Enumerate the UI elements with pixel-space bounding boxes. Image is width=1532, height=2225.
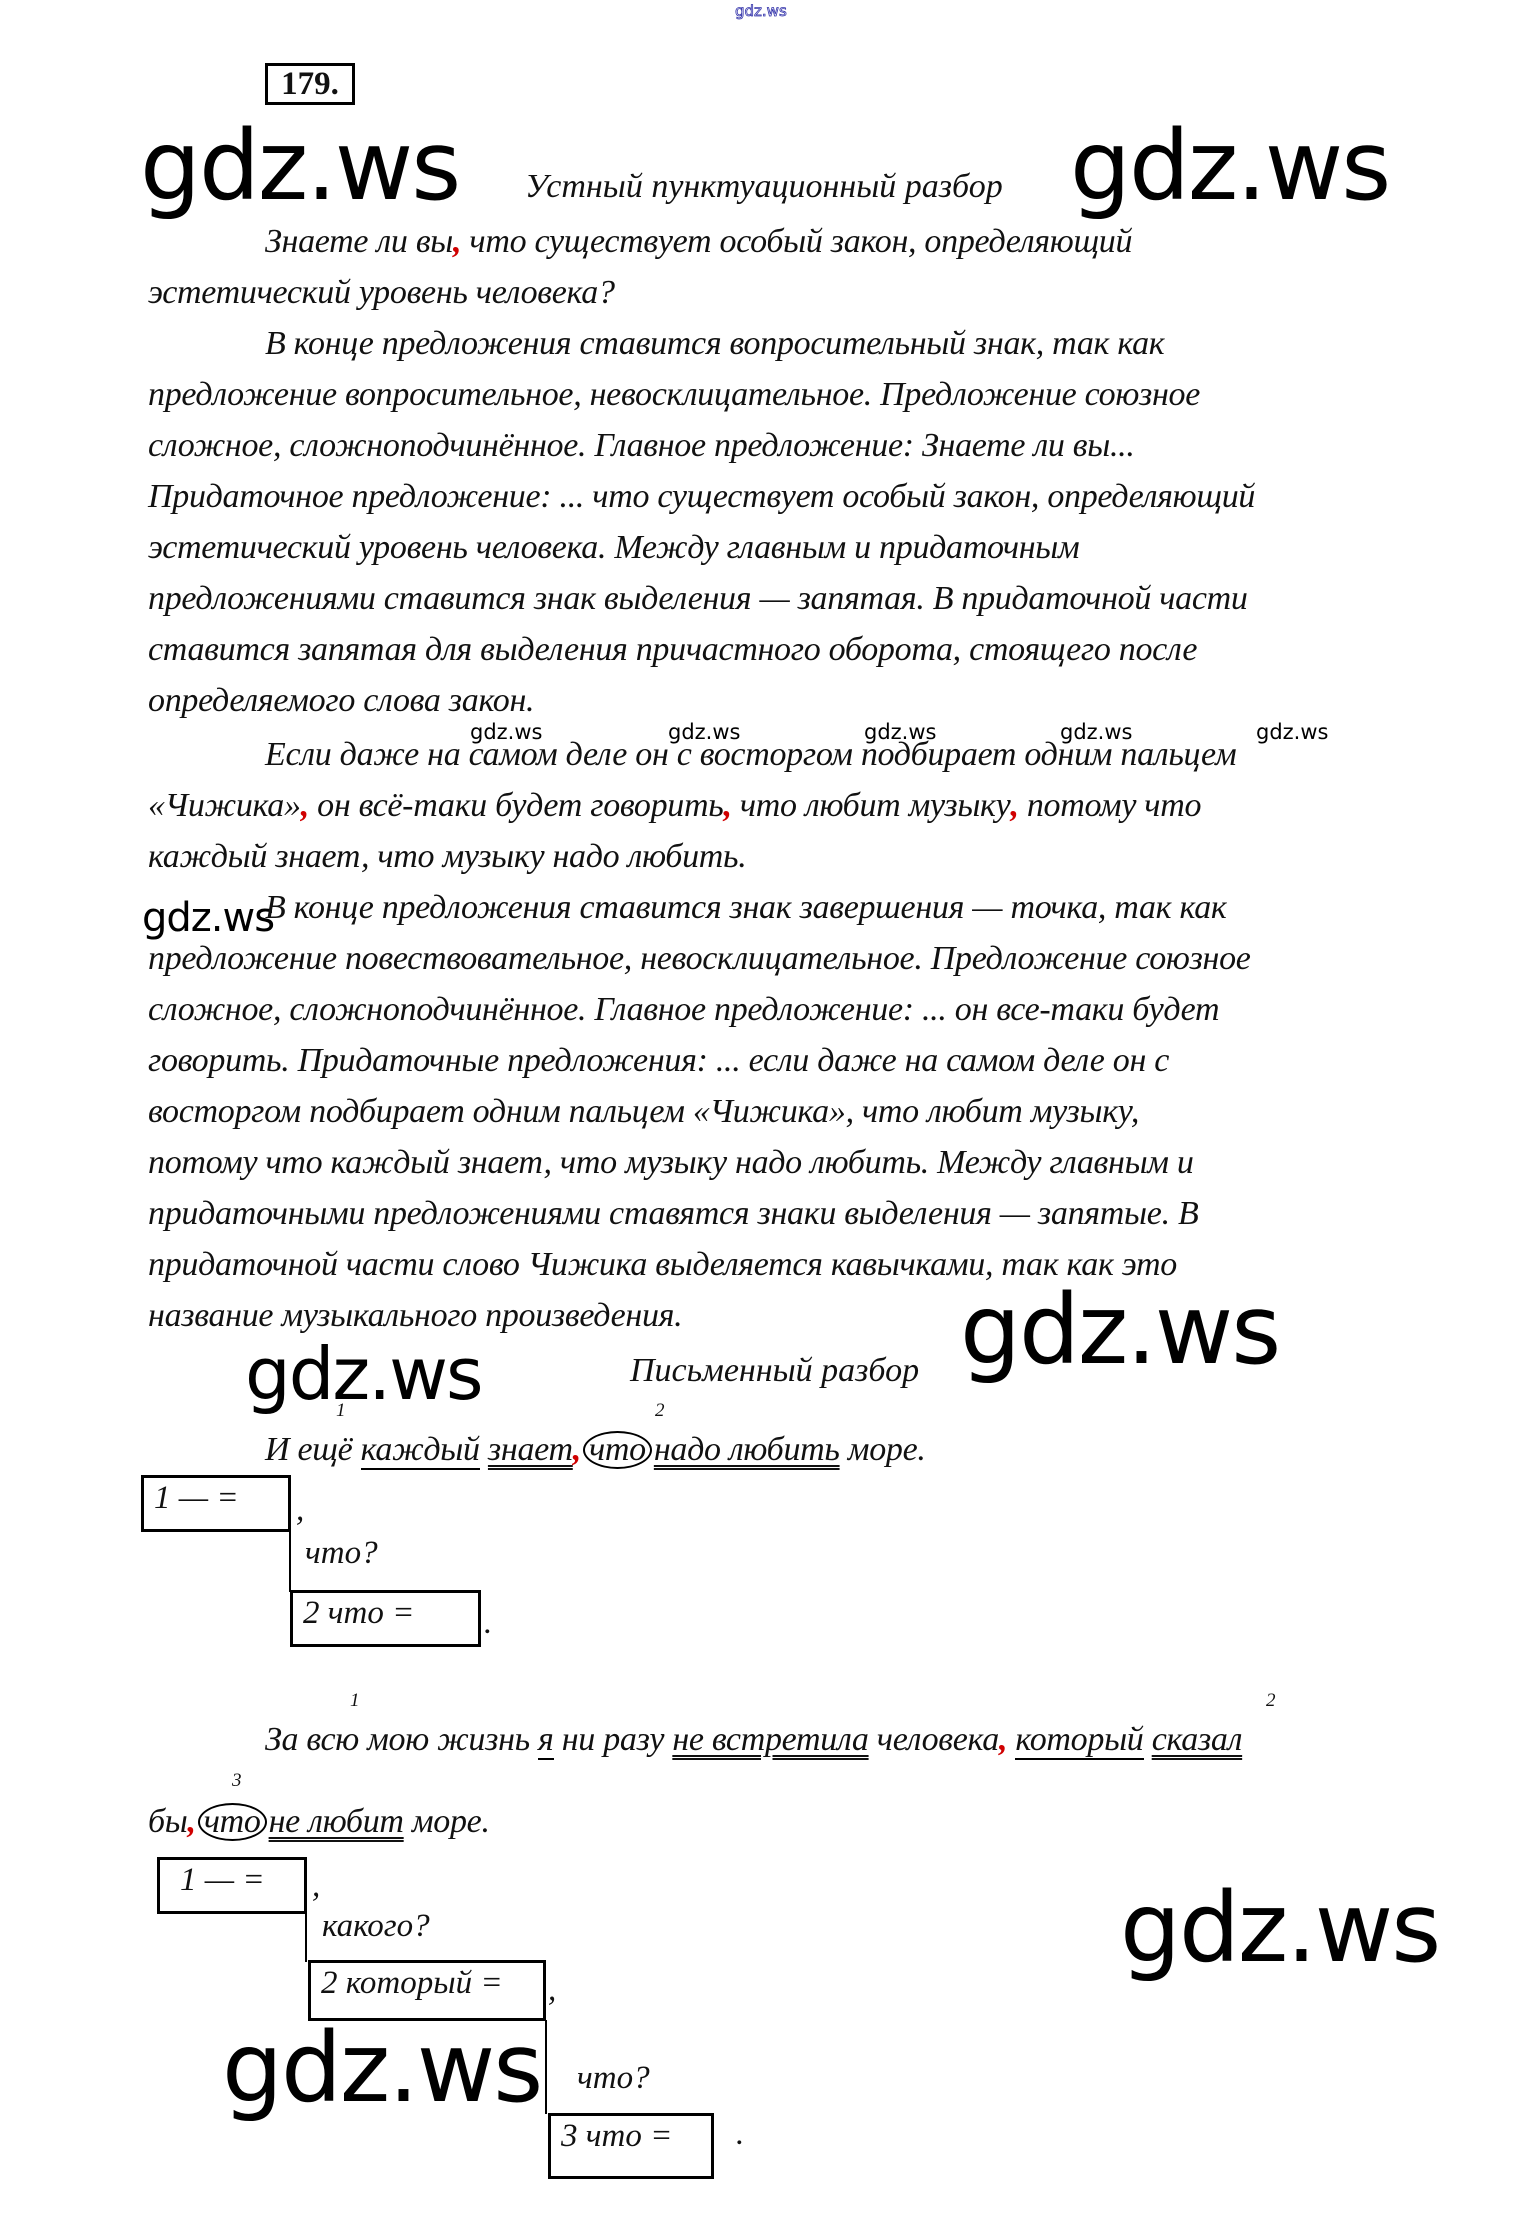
section-heading-written: Письменный разбор	[630, 1352, 919, 1390]
analysis-line: название музыкального произведения.	[148, 1296, 682, 1336]
watermark-large: gdz.ws	[960, 1282, 1279, 1378]
analysis-line: предложениями ставится знак выделения — …	[148, 579, 1248, 619]
analysis-line: сложное, сложноподчинённое. Главное пред…	[148, 426, 1135, 466]
watermark-large: gdz.ws	[140, 118, 459, 214]
text: За всю мою жизнь	[265, 1721, 538, 1758]
parsed-sentence-2-cont: бы,чтоне любит море.	[148, 1802, 490, 1842]
watermark-top: gdz.ws	[735, 2, 787, 20]
conjunction-circled: что	[583, 1431, 652, 1469]
analysis-line: определяемого слова закон.	[148, 681, 534, 721]
scheme-box-main: 1 — =	[141, 1475, 291, 1532]
predicate: знает	[488, 1431, 573, 1468]
text: он всё-таки будет говорить	[309, 787, 724, 824]
text: И ещё	[265, 1431, 361, 1468]
analysis-line: ставится запятая для выделения причастно…	[148, 630, 1197, 670]
scheme-box-sub: 3 что =	[548, 2113, 714, 2179]
predicate: не любит	[269, 1803, 404, 1840]
conjunction-circled: что	[198, 1803, 267, 1841]
watermark-large: gdz.ws	[1120, 1880, 1439, 1976]
highlighted-comma: ,	[453, 223, 461, 260]
scheme-punct: .	[736, 2116, 744, 2153]
scheme-question: какого?	[322, 1908, 430, 1945]
predicate: сказал	[1152, 1721, 1242, 1758]
text: «Чижика»	[148, 787, 301, 824]
scheme-punct: ,	[296, 1492, 304, 1529]
subject: каждый	[361, 1431, 480, 1470]
analysis-line: В конце предложения ставится вопроситель…	[265, 324, 1164, 364]
watermark-small: gdz.ws	[1256, 722, 1328, 743]
example-sentence-1: Знаете ли вы, что существует особый зако…	[265, 222, 1132, 262]
clause-mark: 2	[655, 1400, 665, 1422]
text	[1144, 1721, 1152, 1758]
example-sentence-2-cont: «Чижика», он всё-таки будет говорить, чт…	[148, 786, 1201, 826]
analysis-line: эстетический уровень человека. Между гла…	[148, 528, 1079, 568]
scheme-punct: ,	[548, 1972, 556, 2009]
highlighted-comma: ,	[301, 787, 309, 824]
highlighted-comma: ,	[723, 787, 731, 824]
analysis-line: Придаточное предложение: ... что существ…	[148, 477, 1255, 517]
text: море.	[840, 1431, 926, 1468]
example-sentence-2: Если даже на самом деле он с восторгом п…	[265, 735, 1236, 775]
text: что существует особый закон, определяющи…	[461, 223, 1132, 260]
watermark-medium: gdz.ws	[142, 898, 274, 938]
analysis-line: придаточными предложениями ставятся знак…	[148, 1194, 1198, 1234]
text: море.	[404, 1803, 490, 1840]
analysis-line: предложение повествовательное, невосклиц…	[148, 939, 1251, 979]
analysis-line: предложение вопросительное, невосклицате…	[148, 375, 1200, 415]
clause-mark: 2	[1266, 1690, 1276, 1712]
text: Знаете ли вы	[265, 223, 453, 260]
parsed-sentence-2: За всю мою жизнь я ни разу не встретила …	[265, 1720, 1242, 1760]
analysis-line: сложное, сложноподчинённое. Главное пред…	[148, 990, 1219, 1030]
clause-mark: 1	[350, 1690, 360, 1712]
predicate: не встретила	[672, 1721, 868, 1758]
highlighted-comma: ,	[1010, 787, 1018, 824]
highlighted-comma: ,	[573, 1431, 581, 1468]
example-sentence-1-cont: эстетический уровень человека?	[148, 273, 615, 313]
text	[480, 1431, 488, 1468]
clause-mark: 3	[232, 1770, 242, 1792]
scheme-box-sub: 2 что =	[290, 1590, 481, 1647]
predicate: надо любить	[654, 1431, 840, 1468]
subject: который	[1015, 1721, 1143, 1760]
text: потому что	[1019, 787, 1202, 824]
subject: я	[538, 1721, 554, 1760]
analysis-line: В конце предложения ставится знак заверш…	[265, 888, 1227, 928]
highlighted-comma: ,	[999, 1721, 1007, 1758]
section-heading-oral: Устный пунктуационный разбор	[525, 168, 1003, 206]
watermark-large: gdz.ws	[1070, 118, 1389, 214]
scheme-punct: ,	[312, 1868, 320, 1905]
watermark-large: gdz.ws	[222, 2020, 541, 2116]
highlighted-comma: ,	[188, 1803, 196, 1840]
analysis-line: потому что каждый знает, что музыку надо…	[148, 1143, 1194, 1183]
analysis-line: говорить. Придаточные предложения: ... е…	[148, 1041, 1169, 1081]
example-sentence-2-cont: каждый знает, что музыку надо любить.	[148, 837, 746, 877]
scheme-punct: .	[484, 1605, 492, 1642]
text: что любит музыку	[732, 787, 1011, 824]
scheme-box-main: 1 — =	[157, 1857, 307, 1914]
analysis-line: восторгом подбирает одним пальцем «Чижик…	[148, 1092, 1139, 1132]
text: бы	[148, 1803, 188, 1840]
scheme-connector	[305, 1912, 307, 1962]
watermark-large: gdz.ws	[245, 1338, 481, 1410]
clause-mark: 1	[336, 1400, 346, 1422]
text: человека	[869, 1721, 999, 1758]
scheme-question: что?	[305, 1535, 378, 1572]
text: ни разу	[554, 1721, 673, 1758]
scheme-connector	[545, 2020, 547, 2114]
parsed-sentence-1: И ещё каждый знает,чтонадо любить море.	[265, 1430, 926, 1470]
scheme-connector	[289, 1530, 291, 1592]
task-number: 179.	[265, 63, 355, 105]
scheme-question: что?	[577, 2060, 650, 2097]
